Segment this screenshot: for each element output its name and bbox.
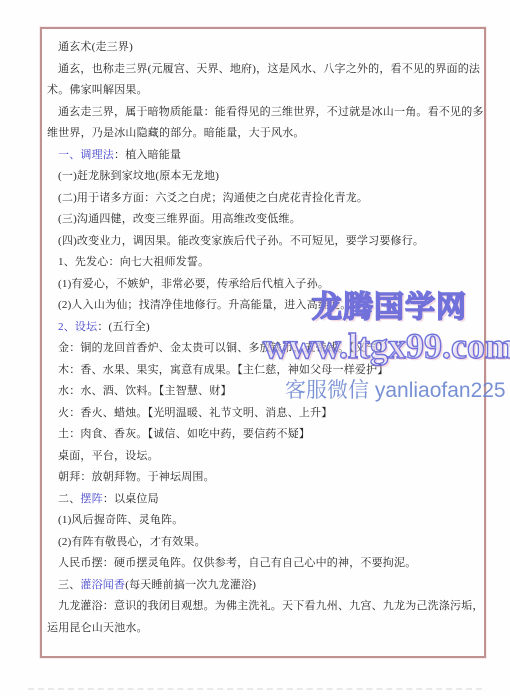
text-segment: 人民币摆：硬币摆灵龟阵。仅供参考，自己有自己心中的神，不要拘泥。 [58, 557, 416, 569]
text-segment: 朝拜：放朝拜物。于神坛周围。 [58, 471, 215, 483]
text-segment: (三)沟通四健，改变三维界面。用高维改变低维。 [58, 213, 301, 225]
text-segment: 土：肉食、香灰。【诚信、如吃中药，要信药不疑】 [58, 428, 310, 440]
text-line: 火：香火、蜡烛。【光明温暖、礼节文明、消息、上升】 [47, 403, 476, 425]
text-line: 通玄，也称走三界(元履宫、天界、地府)，这是风水、八字之外的，看不见的界面的法 [47, 59, 476, 81]
scan-artifact-line [28, 688, 482, 690]
text-segment: 火：香火、蜡烛。【光明温暖、礼节文明、消息、上升】 [58, 407, 333, 419]
text-line: 术。佛家叫解因果。 [47, 80, 476, 102]
text-segment: 通玄术(走三界) [58, 41, 133, 53]
text-line: 朝拜：放朝拜物。于神坛周围。 [47, 467, 476, 489]
text-segment: (2)有阵有敬畏心，才有效果。 [58, 536, 206, 548]
text-line: (二)用于诸多方面：六爻之白虎；沟通使之白虎花青捡化青龙。 [47, 188, 476, 210]
text-segment: 通玄走三界，属于暗物质能量：能看得见的三维世界，不过就是冰山一角。看不见的多 [58, 106, 484, 118]
text-line: (1)风后握奇阵、灵龟阵。 [47, 510, 476, 532]
text-segment: 维世界，乃是冰山隐藏的部分。暗能量，大于风水。 [47, 127, 305, 139]
text-line: 二、摆阵：以桌位局 [47, 489, 476, 511]
text-segment: 通玄，也称走三界(元履宫、天界、地府)，这是风水、八字之外的，看不见的界面的法 [58, 63, 480, 75]
text-line: (四)改变业力，调因果。能改变家族后代子孙。不可短见，要学习要修行。 [47, 231, 476, 253]
text-line: 维世界，乃是冰山隐藏的部分。暗能量，大于风水。 [47, 123, 476, 145]
text-line: 土：肉食、香灰。【诚信、如吃中药，要信药不疑】 [47, 424, 476, 446]
text-line: 水：水、酒、饮料。【主智慧、财】 [47, 381, 476, 403]
text-line: 人民币摆：硬币摆灵龟阵。仅供参考，自己有自己心中的神，不要拘泥。 [47, 553, 476, 575]
text-segment: (一)赶龙脉到家坟地(原本无龙地) [58, 170, 219, 182]
text-segment: (四)改变业力，调因果。能改变家族后代子孙。不可短见，要学习要修行。 [58, 235, 424, 247]
text-segment: 三、 [58, 579, 80, 591]
text-line: 通玄走三界，属于暗物质能量：能看得见的三维世界，不过就是冰山一角。看不见的多 [47, 102, 476, 124]
text-line: 木：香、水果、果实，寓意有成果。【主仁慈，神如父母一样爱护】 [47, 360, 476, 382]
text-line: 2、设坛：(五行全) [47, 317, 476, 339]
text-segment: 摆阵 [80, 493, 102, 505]
text-segment: 运用昆仑山天池水。 [47, 622, 148, 634]
text-segment: 金：铜的龙回首香炉、金太贵可以铜、多放钱币，五帝钱。【义气】 [58, 342, 389, 354]
text-line: 三、灌浴闻香(每天睡前搞一次九龙灌浴) [47, 575, 476, 597]
text-line: (一)赶龙脉到家坟地(原本无龙地) [47, 166, 476, 188]
text-segment: (1)风后握奇阵、灵龟阵。 [58, 514, 183, 526]
page-root: 通玄术(走三界)通玄，也称走三界(元履宫、天界、地府)，这是风水、八字之外的，看… [0, 0, 510, 696]
text-segment: 灌浴闻香 [80, 579, 125, 591]
text-segment: 一、调理法 [58, 149, 114, 161]
text-line: (2)有阵有敬畏心，才有效果。 [47, 532, 476, 554]
text-segment: (每天睡前搞一次九龙灌浴) [125, 579, 256, 591]
text-segment: 1、先发心：向七大祖师发誓。 [58, 256, 209, 268]
text-line: (三)沟通四健，改变三维界面。用高维改变低维。 [47, 209, 476, 231]
text-line: 桌面，平台，设坛。 [47, 446, 476, 468]
text-segment: 九龙灌浴：意识的我闭目观想。为佛主洗礼。天下看九州、九宫、九龙为己洗涤污垢， [58, 600, 484, 612]
text-line: 一、调理法：植入暗能量 [47, 145, 476, 167]
text-segment: ：以桌位局 [103, 493, 159, 505]
text-line: (1)有爱心，不嫉妒，非常必要，传承给后代植入子孙。 [47, 274, 476, 296]
text-segment: 术。佛家叫解因果。 [47, 84, 148, 96]
text-segment: ：(五行全) [97, 321, 150, 333]
text-line: (2)人入山为仙；找清净佳地修行。升高能量，进入高维度。 [47, 295, 476, 317]
text-line: 运用昆仑山天池水。 [47, 618, 476, 640]
text-segment: 木：香、水果、果实，寓意有成果。【主仁慈，神如父母一样爱护】 [58, 364, 389, 376]
text-line: 1、先发心：向七大祖师发誓。 [47, 252, 476, 274]
document-body: 通玄术(走三界)通玄，也称走三界(元履宫、天界、地府)，这是风水、八字之外的，看… [42, 29, 484, 656]
text-segment: (1)有爱心，不嫉妒，非常必要，传承给后代植入子孙。 [58, 278, 329, 290]
text-segment: 2、设坛 [58, 321, 97, 333]
document-frame: 通玄术(走三界)通玄，也称走三界(元履宫、天界、地府)，这是风水、八字之外的，看… [40, 27, 486, 658]
text-segment: 二、 [58, 493, 80, 505]
text-segment: (二)用于诸多方面：六爻之白虎；沟通使之白虎花青捡化青龙。 [58, 192, 368, 204]
text-line: 通玄术(走三界) [47, 37, 476, 59]
text-line: 九龙灌浴：意识的我闭目观想。为佛主洗礼。天下看九州、九宫、九龙为己洗涤污垢， [47, 596, 476, 618]
text-segment: (2)人入山为仙；找清净佳地修行。升高能量，进入高维度。 [58, 299, 351, 311]
text-segment: 桌面，平台，设坛。 [58, 450, 159, 462]
text-line: 金：铜的龙回首香炉、金太贵可以铜、多放钱币，五帝钱。【义气】 [47, 338, 476, 360]
text-segment: ：植入暗能量 [114, 149, 181, 161]
text-segment: 水：水、酒、饮料。【主智慧、财】 [58, 385, 232, 397]
